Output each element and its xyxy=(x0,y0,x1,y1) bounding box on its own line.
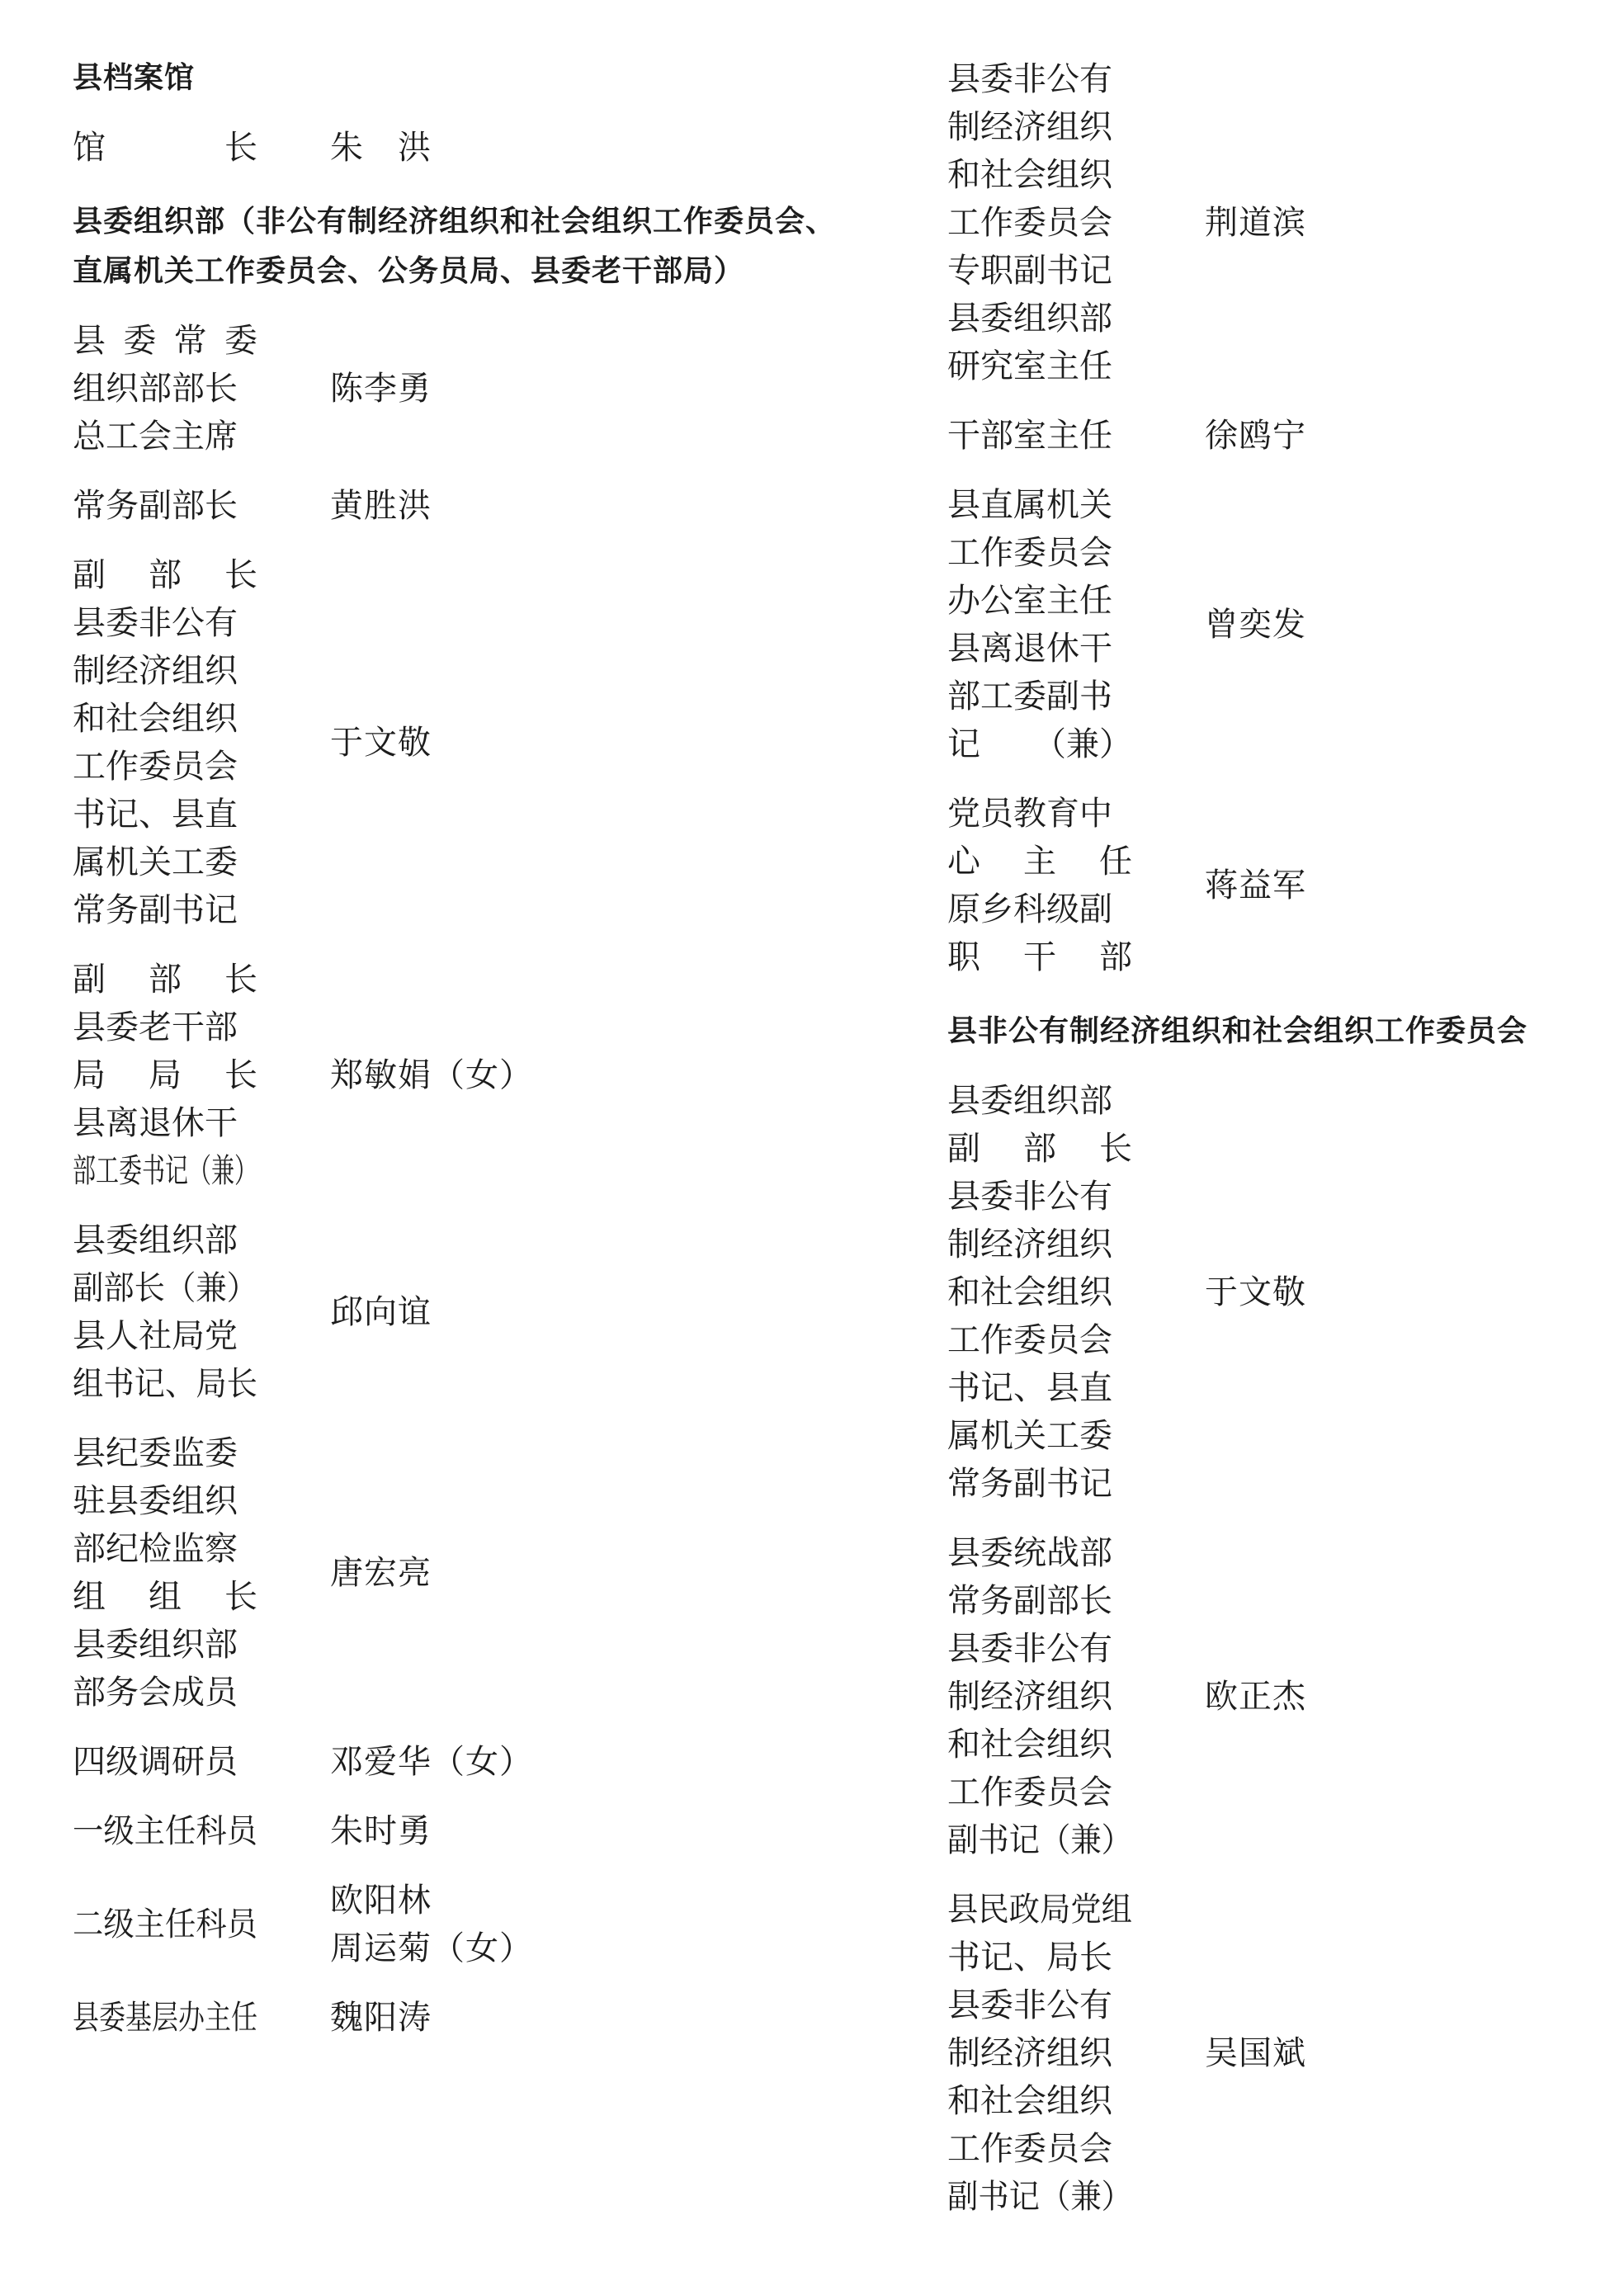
position-line: 县委组织部 xyxy=(73,1621,257,1669)
position-title: 县委统战部常务副部长县委非公有制经济组织和社会组织工作委员会副书记（兼） xyxy=(947,1529,1132,1864)
person-name-line: 吴国斌 xyxy=(1205,2029,1306,2077)
personnel-entry: 二级主任科员欧阳林周运菊（女） xyxy=(73,1877,885,1972)
position-line: 部工委书记（兼） xyxy=(73,1147,257,1195)
left-column: 县档案馆馆长朱 洪县委组织部（非公有制经济组织和社会组织工作委员会、直属机关工作… xyxy=(73,53,885,2042)
position-line: 县委非公有 xyxy=(947,55,1132,103)
position-line: 组书记、局长 xyxy=(73,1360,257,1408)
position-line: 和社会组织 xyxy=(947,2077,1132,2125)
person-name-line: 于文敬 xyxy=(1205,1268,1306,1316)
personnel-entry: 副部长县委非公有制经济组织和社会组织工作委员会书记、县直属机关工委常务副书记于文… xyxy=(73,551,885,934)
right-column: 县委非公有制经济组织和社会组织工作委员会专职副书记县委组织部研究室主任荆道滨干部… xyxy=(947,55,1587,2221)
person-name-line: 黄胜洪 xyxy=(330,482,432,530)
person-name-line: 周运菊（女） xyxy=(330,1924,533,1972)
position-title: 常务副部长 xyxy=(73,482,257,530)
position-line: 县委组织部 xyxy=(73,1216,257,1264)
person-name-line: 陈李勇 xyxy=(330,365,432,413)
position-line: 县委非公有 xyxy=(947,1173,1132,1221)
position-line: 县委组织部 xyxy=(947,295,1132,342)
person-name: 唐宏亮 xyxy=(330,1549,432,1597)
position-line: 县委非公有 xyxy=(947,1981,1132,2029)
position-line: 和社会组织 xyxy=(947,1268,1132,1316)
position-line: 制经济组织 xyxy=(947,2029,1132,2077)
position-line: 属机关工委 xyxy=(73,838,257,886)
position-title: 县民政局党组书记、局长县委非公有制经济组织和社会组织工作委员会副书记（兼） xyxy=(947,1886,1132,2221)
personnel-entry: 县直属机关工作委员会办公室主任县离退休干部工委副书记（兼）曾奕发 xyxy=(947,481,1587,768)
position-line: 属机关工委 xyxy=(947,1412,1132,1460)
position-line: 和社会组织 xyxy=(947,151,1132,199)
position-line: 县离退休干 xyxy=(947,625,1132,673)
personnel-entry: 县委组织部副部长（兼）县人社局党组书记、局长邱向谊 xyxy=(73,1216,885,1408)
position-line: 工作委员会 xyxy=(947,1316,1132,1364)
position-line: 干部室主任 xyxy=(947,412,1132,460)
position-line: 县纪委监委 xyxy=(73,1429,257,1477)
position-line: 专职副书记 xyxy=(947,247,1132,295)
person-name-line: 朱时勇 xyxy=(330,1807,432,1855)
position-line: 副部长 xyxy=(947,1125,1132,1173)
position-title: 县纪委监委驻县委组织部纪检监察组组长县委组织部部务会成员 xyxy=(73,1429,257,1717)
position-title: 县委组织部副部长县委非公有制经济组织和社会组织工作委员会书记、县直属机关工委常务… xyxy=(947,1077,1132,1508)
position-line: 馆长 xyxy=(73,124,257,172)
person-name-line: 朱 洪 xyxy=(330,124,432,172)
position-line: 驻县委组织 xyxy=(73,1477,257,1525)
person-name: 欧阳林周运菊（女） xyxy=(330,1877,533,1972)
position-line: 二级主任科员 xyxy=(73,1901,257,1948)
personnel-entry: 县民政局党组书记、局长县委非公有制经济组织和社会组织工作委员会副书记（兼）吴国斌 xyxy=(947,1886,1587,2221)
position-line: 工作委员会 xyxy=(947,2125,1132,2173)
person-name-line: 欧阳林 xyxy=(330,1877,533,1924)
person-name: 吴国斌 xyxy=(1205,2029,1306,2077)
section-header: 县非公有制经济组织和社会组织工作委员会 xyxy=(947,1006,1587,1055)
position-line: 和社会组织 xyxy=(947,1721,1132,1768)
position-line: 心主任 xyxy=(947,838,1132,885)
position-title: 县委常委组织部部长总工会主席 xyxy=(73,317,257,460)
position-title: 二级主任科员 xyxy=(73,1901,257,1948)
personnel-entry: 县纪委监委驻县委组织部纪检监察组组长县委组织部部务会成员唐宏亮 xyxy=(73,1429,885,1717)
person-name: 黄胜洪 xyxy=(330,482,432,530)
person-name: 欧正杰 xyxy=(1205,1673,1306,1721)
personnel-entry: 县委组织部副部长县委非公有制经济组织和社会组织工作委员会书记、县直属机关工委常务… xyxy=(947,1077,1587,1508)
section-header-line: 县委组织部（非公有制经济组织和社会组织工作委员会、 xyxy=(73,196,885,246)
position-line: 部务会成员 xyxy=(73,1669,257,1717)
person-name-line: 荆道滨 xyxy=(1205,199,1306,247)
position-line: 县委老干部 xyxy=(73,1003,257,1051)
section-header-line: 直属机关工作委员会、公务员局、县委老干部局） xyxy=(73,246,885,295)
position-title: 副部长县委老干部局局长县离退休干部工委书记（兼） xyxy=(73,956,257,1195)
position-line: 工作委员会 xyxy=(947,1768,1132,1816)
position-line: 县离退休干 xyxy=(73,1099,257,1147)
position-line: 常务副书记 xyxy=(947,1460,1132,1508)
position-line: 县委非公有 xyxy=(73,599,257,647)
position-line: 组织部部长 xyxy=(73,365,257,413)
position-line: 县委常委 xyxy=(73,317,257,365)
position-line: 部纪检监察 xyxy=(73,1525,257,1573)
personnel-entry: 四级调研员邓爱华（女） xyxy=(73,1738,885,1786)
position-line: 县直属机关 xyxy=(947,481,1132,529)
person-name-line: 郑敏娟（女） xyxy=(330,1051,533,1099)
position-title: 县委组织部副部长（兼）县人社局党组书记、局长 xyxy=(73,1216,257,1408)
personnel-entry: 县委非公有制经济组织和社会组织工作委员会专职副书记县委组织部研究室主任荆道滨 xyxy=(947,55,1587,390)
position-line: 书记、县直 xyxy=(73,791,257,838)
position-line: 县人社局党 xyxy=(73,1312,257,1360)
position-line: 县民政局党组 xyxy=(947,1886,1132,1934)
position-line: 县委组织部 xyxy=(947,1077,1132,1125)
personnel-entry: 常务副部长黄胜洪 xyxy=(73,482,885,530)
personnel-entry: 馆长朱 洪 xyxy=(73,124,885,172)
position-line: 办公室主任 xyxy=(947,577,1132,625)
person-name-line: 欧正杰 xyxy=(1205,1673,1306,1721)
personnel-entry: 党员教育中心主任原乡科级副职干部蒋益军 xyxy=(947,790,1587,981)
position-line: 和社会组织 xyxy=(73,695,257,743)
position-line: 原乡科级副 xyxy=(947,885,1132,933)
position-line: 总工会主席 xyxy=(73,413,257,460)
position-line: 局局长 xyxy=(73,1051,257,1099)
position-line: 常务副部长 xyxy=(73,482,257,530)
position-line: 工作委员会 xyxy=(947,199,1132,247)
position-line: 副部长（兼） xyxy=(73,1264,257,1312)
person-name: 曾奕发 xyxy=(1205,601,1306,649)
document-page: 县档案馆馆长朱 洪县委组织部（非公有制经济组织和社会组织工作委员会、直属机关工作… xyxy=(0,0,1624,2295)
position-line: 县委统战部 xyxy=(947,1529,1132,1577)
person-name: 徐鸥宁 xyxy=(1205,412,1306,460)
personnel-entry: 干部室主任徐鸥宁 xyxy=(947,412,1587,460)
person-name: 荆道滨 xyxy=(1205,199,1306,247)
personnel-entry: 副部长县委老干部局局长县离退休干部工委书记（兼）郑敏娟（女） xyxy=(73,956,885,1195)
person-name-line: 唐宏亮 xyxy=(330,1549,432,1597)
position-line: 党员教育中 xyxy=(947,790,1132,838)
position-title: 县委非公有制经济组织和社会组织工作委员会专职副书记县委组织部研究室主任 xyxy=(947,55,1132,390)
position-line: 副部长 xyxy=(73,551,257,599)
position-line: 工作委员会 xyxy=(73,743,257,791)
position-title: 副部长县委非公有制经济组织和社会组织工作委员会书记、县直属机关工委常务副书记 xyxy=(73,551,257,934)
section-header-line: 县非公有制经济组织和社会组织工作委员会 xyxy=(947,1006,1587,1055)
position-line: 记（兼） xyxy=(947,720,1132,768)
position-line: 组组长 xyxy=(73,1573,257,1621)
position-line: 副部长 xyxy=(73,956,257,1003)
person-name-line: 邓爱华（女） xyxy=(330,1738,533,1786)
position-line: 常务副部长 xyxy=(947,1577,1132,1625)
position-line: 制经济组织 xyxy=(947,103,1132,151)
person-name: 于文敬 xyxy=(330,719,432,767)
person-name: 蒋益军 xyxy=(1205,862,1306,909)
position-line: 四级调研员 xyxy=(73,1738,257,1786)
position-line: 常务副书记 xyxy=(73,886,257,934)
person-name: 邱向谊 xyxy=(330,1288,432,1336)
person-name-line: 魏阳涛 xyxy=(330,1994,432,2042)
position-title: 党员教育中心主任原乡科级副职干部 xyxy=(947,790,1132,981)
position-line: 工作委员会 xyxy=(947,529,1132,577)
position-title: 县直属机关工作委员会办公室主任县离退休干部工委副书记（兼） xyxy=(947,481,1132,768)
position-line: 一级主任科员 xyxy=(73,1807,257,1855)
position-title: 干部室主任 xyxy=(947,412,1132,460)
position-line: 书记、县直 xyxy=(947,1364,1132,1412)
section-header: 县委组织部（非公有制经济组织和社会组织工作委员会、直属机关工作委员会、公务员局、… xyxy=(73,196,885,295)
personnel-entry: 一级主任科员朱时勇 xyxy=(73,1807,885,1855)
position-line: 副书记（兼） xyxy=(947,1816,1132,1864)
person-name: 邓爱华（女） xyxy=(330,1738,533,1786)
personnel-entry: 县委统战部常务副部长县委非公有制经济组织和社会组织工作委员会副书记（兼）欧正杰 xyxy=(947,1529,1587,1864)
position-title: 馆长 xyxy=(73,124,257,172)
position-line: 制经济组织 xyxy=(947,1221,1132,1268)
person-name: 魏阳涛 xyxy=(330,1994,432,2042)
position-line: 制经济组织 xyxy=(947,1673,1132,1721)
person-name: 郑敏娟（女） xyxy=(330,1051,533,1099)
person-name-line: 蒋益军 xyxy=(1205,862,1306,909)
person-name-line: 徐鸥宁 xyxy=(1205,412,1306,460)
person-name-line: 于文敬 xyxy=(330,719,432,767)
position-title: 一级主任科员 xyxy=(73,1807,257,1855)
position-line: 制经济组织 xyxy=(73,647,257,695)
section-header-line: 县档案馆 xyxy=(73,53,885,102)
person-name-line: 曾奕发 xyxy=(1205,601,1306,649)
personnel-entry: 县委常委组织部部长总工会主席陈李勇 xyxy=(73,317,885,460)
person-name: 朱 洪 xyxy=(330,124,432,172)
position-line: 部工委副书 xyxy=(947,673,1132,720)
position-line: 副书记（兼） xyxy=(947,2173,1132,2221)
person-name: 于文敬 xyxy=(1205,1268,1306,1316)
position-line: 职干部 xyxy=(947,933,1132,981)
position-line: 书记、局长 xyxy=(947,1934,1132,1981)
person-name-line: 邱向谊 xyxy=(330,1288,432,1336)
position-line: 县委非公有 xyxy=(947,1625,1132,1673)
position-line: 研究室主任 xyxy=(947,342,1132,390)
position-title: 四级调研员 xyxy=(73,1738,257,1786)
person-name: 朱时勇 xyxy=(330,1807,432,1855)
position-line: 县委基层办主任 xyxy=(73,1994,257,2042)
position-title: 县委基层办主任 xyxy=(73,1994,257,2042)
personnel-entry: 县委基层办主任魏阳涛 xyxy=(73,1994,885,2042)
person-name: 陈李勇 xyxy=(330,365,432,413)
section-header: 县档案馆 xyxy=(73,53,885,102)
